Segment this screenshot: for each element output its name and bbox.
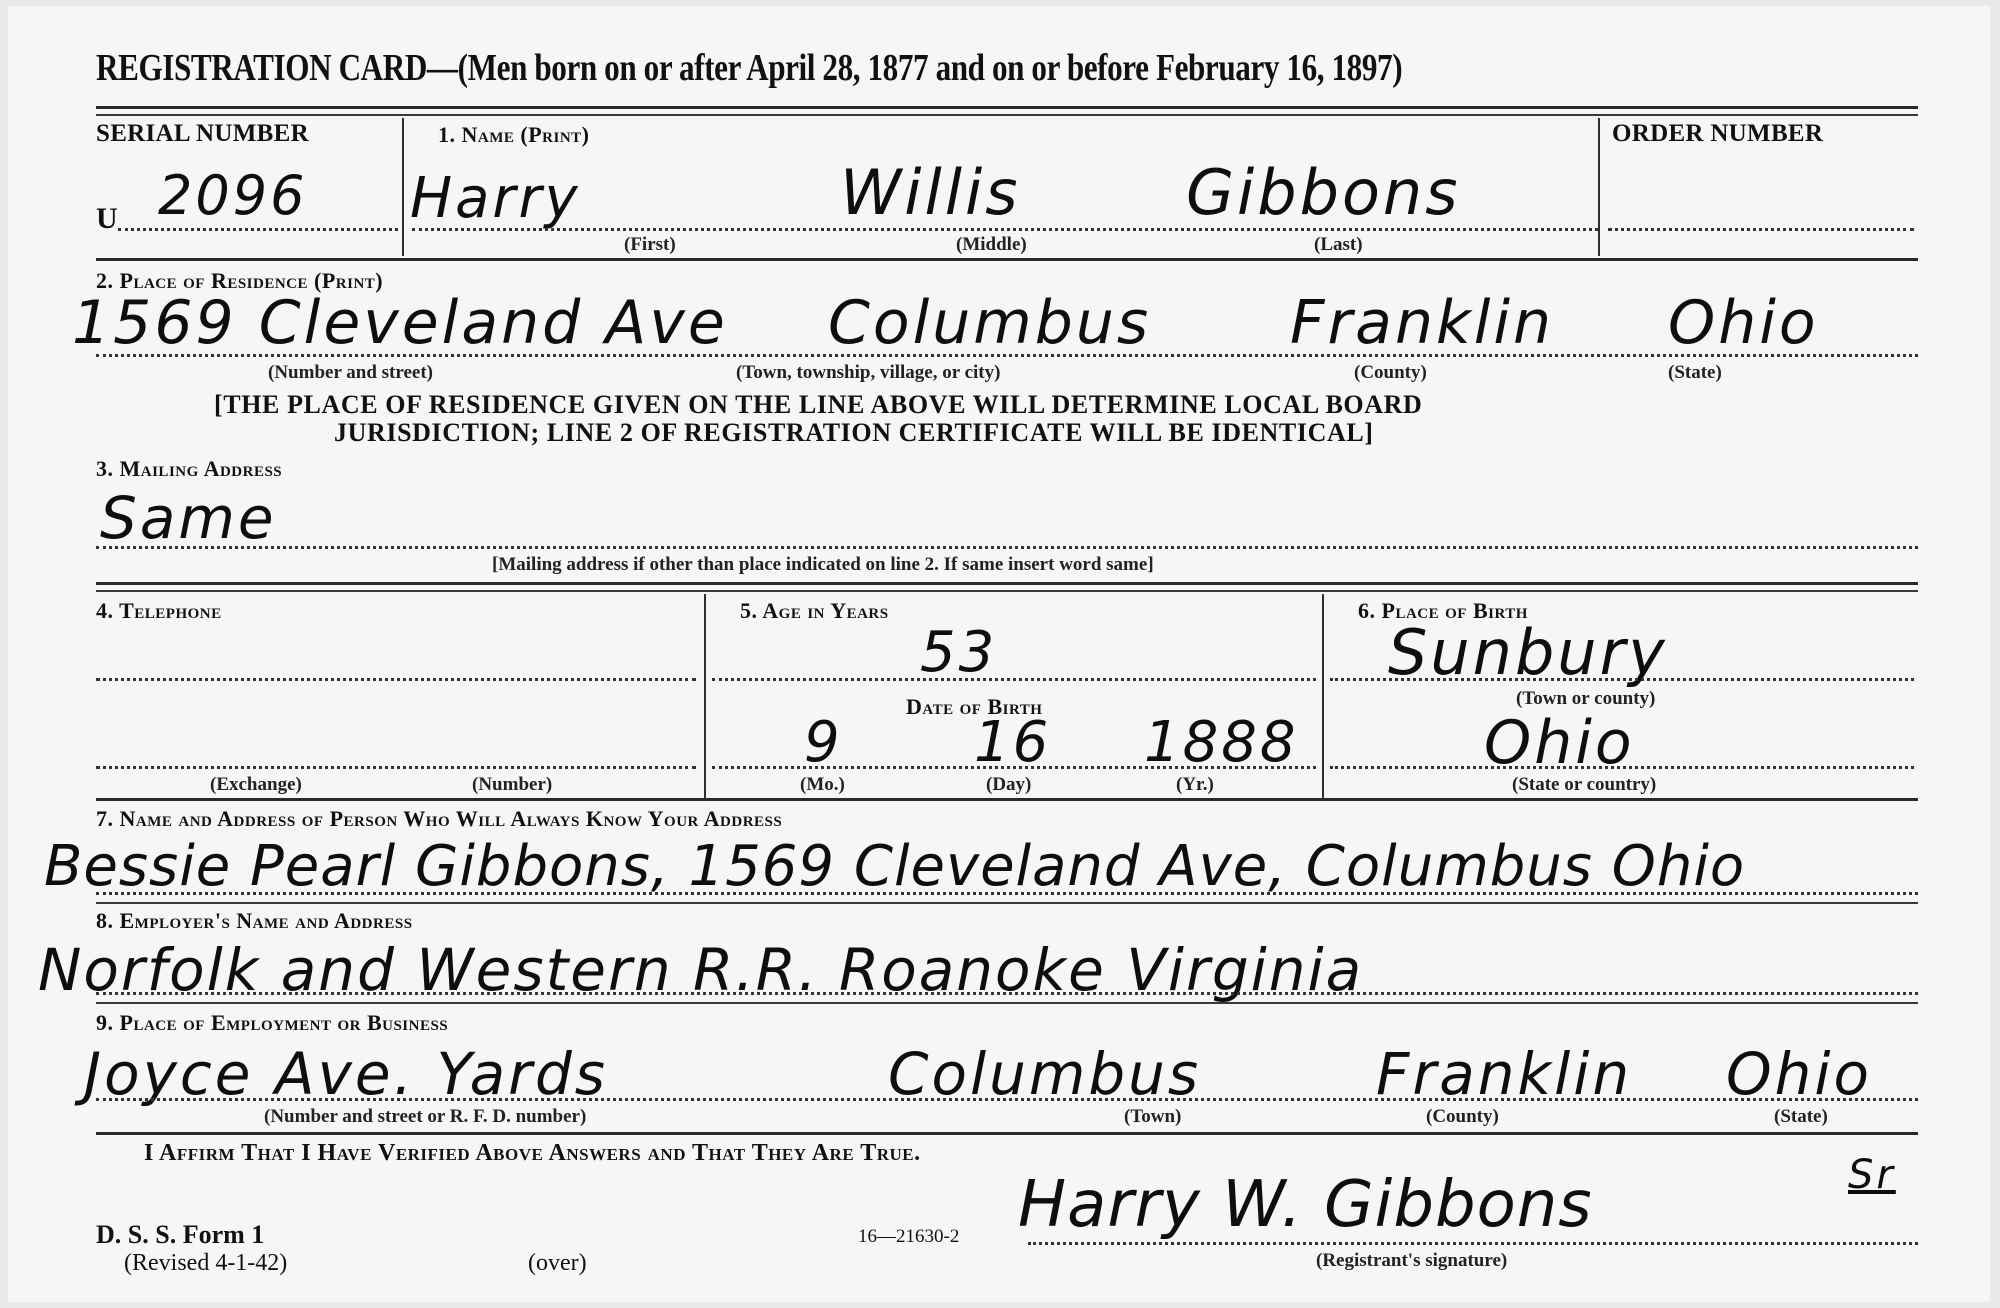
residence-notice-line1: [THE PLACE OF RESIDENCE GIVEN ON THE LIN… [214,390,1422,420]
contact-person-label: 7. Name and Address of Person Who Will A… [96,806,782,832]
divider [96,590,1918,592]
telephone-line-1 [96,678,696,681]
mailing-address-label: 3. Mailing Address [96,456,282,482]
residence-town-label: (Town, township, village, or city) [736,362,1000,384]
residence-county-value: Franklin [1290,288,1554,358]
first-name-value: Harry [410,166,581,231]
contact-line [96,892,1918,895]
telephone-exchange-label: (Exchange) [210,774,302,796]
residence-street-label: (Number and street) [268,362,433,384]
divider [96,798,1918,801]
divider [1322,594,1324,798]
over-note: (over) [528,1250,587,1277]
divider [96,106,1918,109]
middle-label: (Middle) [956,234,1027,256]
telephone-number-label: (Number) [472,774,552,796]
mailing-address-note: [Mailing address if other than place ind… [492,554,1154,576]
form-number: D. S. S. Form 1 [96,1220,264,1250]
serial-number-label: SERIAL NUMBER [96,120,309,148]
signature-label: (Registrant's signature) [1316,1250,1507,1272]
residence-state-label: (State) [1668,362,1722,384]
divider [402,118,404,256]
divider [96,258,1918,261]
serial-line [118,228,398,231]
telephone-label: 4. Telephone [96,598,222,624]
divider [96,1132,1918,1135]
contact-person-value: Bessie Pearl Gibbons, 1569 Cleveland Ave… [44,834,1745,899]
serial-number-value: 2096 [158,164,307,227]
telephone-line-2 [96,766,696,769]
residence-notice-line2: JURISDICTION; LINE 2 OF REGISTRATION CER… [334,418,1374,448]
employment-street-label: (Number and street or R. F. D. number) [264,1106,586,1128]
print-code: 16—21630-2 [858,1226,959,1248]
order-number-line [1608,228,1914,231]
card-title: REGISTRATION CARD—(Men born on or after … [96,46,1402,90]
divider [96,582,1918,585]
age-line [712,678,1316,681]
residence-town-value: Columbus [828,288,1151,358]
last-name-value: Gibbons [1186,156,1461,229]
employment-town-label: (Town) [1124,1106,1181,1128]
birthplace-town-label: (Town or county) [1516,688,1655,710]
signature-line [1028,1242,1918,1245]
employer-line [96,992,1918,995]
divider [704,594,706,798]
name-label: 1. Name (Print) [438,122,589,148]
birthplace-state-line [1330,766,1914,769]
residence-county-label: (County) [1354,362,1427,384]
residence-state-value: Ohio [1668,288,1819,358]
employer-label: 8. Employer's Name and Address [96,908,413,934]
middle-name-value: Willis [840,156,1021,229]
age-label: 5. Age in Years [740,598,889,624]
name-line [412,228,1598,231]
mailing-line [96,546,1918,549]
birthplace-state-label: (State or country) [1512,774,1656,796]
birth-year-label: (Yr.) [1176,774,1214,796]
birthplace-town-line [1330,678,1914,681]
registration-card: REGISTRATION CARD—(Men born on or after … [8,6,1990,1302]
age-value: 53 [920,620,997,685]
divider [96,1002,1918,1004]
signature-suffix: Sr [1848,1152,1896,1198]
employment-place-label: 9. Place of Employment or Business [96,1010,448,1036]
birth-day-label: (Day) [986,774,1031,796]
divider [96,902,1918,904]
residence-street-value: 1569 Cleveland Ave [72,288,728,358]
first-label: (First) [624,234,676,256]
birth-month-label: (Mo.) [800,774,845,796]
mailing-address-value: Same [100,484,277,552]
order-number-label: ORDER NUMBER [1612,120,1823,148]
registrant-signature: Harry W. Gibbons [1018,1168,1593,1242]
employment-state-label: (State) [1774,1106,1828,1128]
employment-line [96,1098,1918,1101]
serial-prefix: U [96,202,118,236]
dob-line [712,766,1316,769]
residence-line [96,354,1918,357]
form-revised: (Revised 4-1-42) [124,1250,287,1277]
last-label: (Last) [1314,234,1363,256]
divider [96,114,1918,116]
employment-county-label: (County) [1426,1106,1499,1128]
affirmation-text: I Affirm That I Have Verified Above Answ… [144,1140,921,1167]
divider [1598,118,1600,256]
